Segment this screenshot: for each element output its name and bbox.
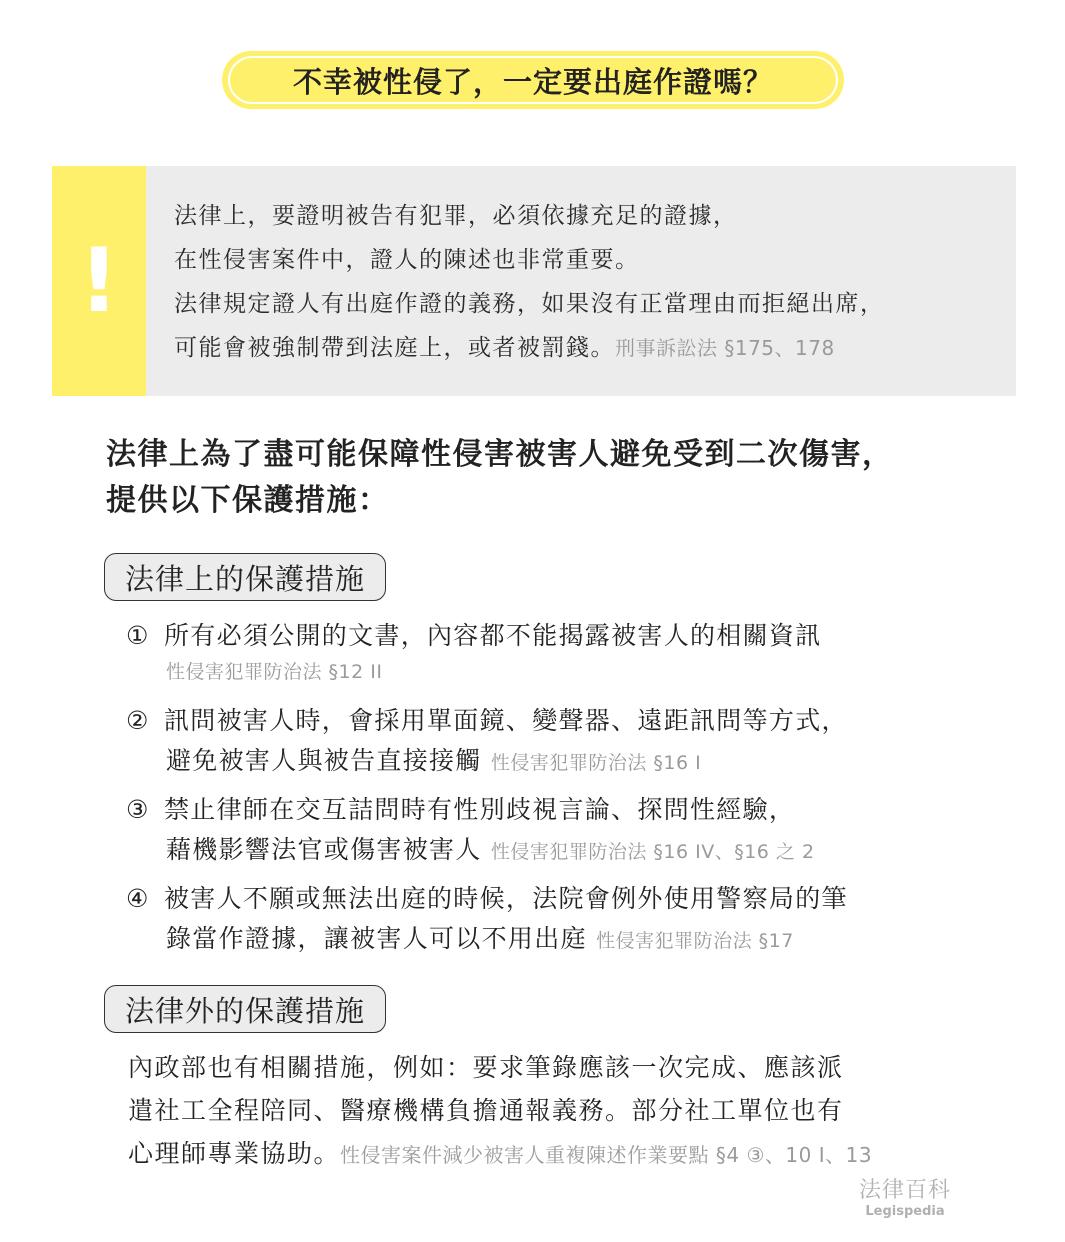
brand-logo: 法律百科 Legispedia bbox=[842, 1178, 968, 1220]
item-line: 錄當作證據，讓被害人可以不用出庭 性侵害犯罪防治法 §17 bbox=[126, 919, 986, 961]
non-legal-measures-text: 內政部也有相關措施，例如：要求筆錄應該一次完成、應該派 遣社工全程陪同、醫療機構… bbox=[128, 1046, 988, 1177]
circled-number-3: ③ bbox=[126, 790, 164, 830]
legal-measure-item-3: ③禁止律師在交互詰問時有性別歧視言論、探問性經驗， 藉機影響法官或傷害被害人 性… bbox=[126, 790, 986, 872]
notice-box: ! 法律上，要證明被告有犯罪，必須依據充足的證據， 在性侵害案件中，證人的陳述也… bbox=[52, 166, 1016, 396]
item-line: ②訊問被害人時，會採用單面鏡、變聲器、遠距訊問等方式， bbox=[126, 701, 986, 741]
circled-number-2: ② bbox=[126, 701, 164, 741]
circled-number-4: ④ bbox=[126, 879, 164, 919]
notice-line-last: 可能會被強制帶到法庭上，或者被罰錢。刑事訴訟法 §175、178 bbox=[174, 326, 996, 370]
legal-measure-item-1: ①所有必須公開的文書，內容都不能揭露被害人的相關資訊 性侵害犯罪防治法 §12 … bbox=[126, 616, 986, 686]
item-text: 藉機影響法官或傷害被害人 bbox=[166, 835, 482, 864]
item-citation: 性侵害犯罪防治法 §17 bbox=[596, 930, 794, 952]
brand-name-en: Legispedia bbox=[842, 1204, 968, 1220]
item-text: 禁止律師在交互詰問時有性別歧視言論、探問性經驗， bbox=[164, 795, 795, 824]
notice-line-text: 可能會被強制帶到法庭上，或者被罰錢。 bbox=[174, 335, 615, 361]
item-line: ④被害人不願或無法出庭的時候，法院會例外使用警察局的筆 bbox=[126, 879, 986, 919]
para-text: 心理師專業協助。 bbox=[128, 1139, 340, 1168]
section-heading: 法律上為了盡可能保障性侵害被害人避免受到二次傷害， 提供以下保護措施： bbox=[106, 432, 1006, 524]
item-line: ③禁止律師在交互詰問時有性別歧視言論、探問性經驗， bbox=[126, 790, 986, 830]
exclamation-icon: ! bbox=[79, 237, 119, 325]
item-text: 被害人不願或無法出庭的時候，法院會例外使用警察局的筆 bbox=[164, 884, 848, 913]
circled-number-1: ① bbox=[126, 616, 164, 656]
item-line: 藉機影響法官或傷害被害人 性侵害犯罪防治法 §16 IV、§16 之 2 bbox=[126, 830, 986, 872]
legal-measure-item-4: ④被害人不願或無法出庭的時候，法院會例外使用警察局的筆 錄當作證據，讓被害人可以… bbox=[126, 879, 986, 961]
para-line: 遣社工全程陪同、醫療機構負擔通報義務。部分社工單位也有 bbox=[128, 1089, 988, 1132]
brand-name-zh: 法律百科 bbox=[842, 1178, 968, 1204]
legal-measures-label: 法律上的保護措施 bbox=[104, 553, 386, 601]
notice-accent-bar: ! bbox=[52, 166, 146, 396]
notice-line: 法律規定證人有出庭作證的義務，如果沒有正當理由而拒絕出席， bbox=[174, 282, 996, 326]
notice-line: 法律上，要證明被告有犯罪，必須依據充足的證據， bbox=[174, 194, 996, 238]
item-text: 錄當作證據，讓被害人可以不用出庭 bbox=[166, 924, 587, 953]
notice-line: 在性侵害案件中，證人的陳述也非常重要。 bbox=[174, 238, 996, 282]
item-line: 避免被害人與被告直接接觸 性侵害犯罪防治法 §16 I bbox=[126, 741, 986, 783]
page-title: 不幸被性侵了，一定要出庭作證嗎？ bbox=[293, 60, 773, 101]
legal-measure-item-2: ②訊問被害人時，會採用單面鏡、變聲器、遠距訊問等方式， 避免被害人與被告直接接觸… bbox=[126, 701, 986, 783]
item-text: 所有必須公開的文書，內容都不能揭露被害人的相關資訊 bbox=[164, 621, 822, 650]
heading-line: 法律上為了盡可能保障性侵害被害人避免受到二次傷害， bbox=[106, 432, 1006, 478]
item-citation-line: 性侵害犯罪防治法 §12 II bbox=[126, 656, 986, 686]
para-line: 內政部也有相關措施，例如：要求筆錄應該一次完成、應該派 bbox=[128, 1046, 988, 1089]
item-text: 避免被害人與被告直接接觸 bbox=[166, 746, 482, 775]
para-line-last: 心理師專業協助。性侵害案件減少被害人重複陳述作業要點 §4 ③、10 I、13 bbox=[128, 1132, 988, 1177]
item-citation: 性侵害犯罪防治法 §16 I bbox=[491, 752, 701, 774]
item-text: 訊問被害人時，會採用單面鏡、變聲器、遠距訊問等方式， bbox=[164, 706, 848, 735]
non-legal-measures-label-text: 法律外的保護措施 bbox=[125, 989, 365, 1030]
item-citation: 性侵害犯罪防治法 §16 IV、§16 之 2 bbox=[491, 841, 815, 863]
item-line: ①所有必須公開的文書，內容都不能揭露被害人的相關資訊 bbox=[126, 616, 986, 656]
title-banner: 不幸被性侵了，一定要出庭作證嗎？ bbox=[222, 51, 844, 109]
title-banner-inner: 不幸被性侵了，一定要出庭作證嗎？ bbox=[228, 56, 838, 104]
non-legal-measures-label: 法律外的保護措施 bbox=[104, 985, 386, 1033]
para-citation: 性侵害案件減少被害人重複陳述作業要點 §4 ③、10 I、13 bbox=[340, 1143, 872, 1167]
notice-citation: 刑事訴訟法 §175、178 bbox=[615, 336, 835, 360]
heading-line: 提供以下保護措施： bbox=[106, 478, 1006, 524]
legal-measures-label-text: 法律上的保護措施 bbox=[125, 557, 365, 598]
item-citation: 性侵害犯罪防治法 §12 II bbox=[166, 661, 382, 683]
notice-text: 法律上，要證明被告有犯罪，必須依據充足的證據， 在性侵害案件中，證人的陳述也非常… bbox=[174, 194, 996, 370]
